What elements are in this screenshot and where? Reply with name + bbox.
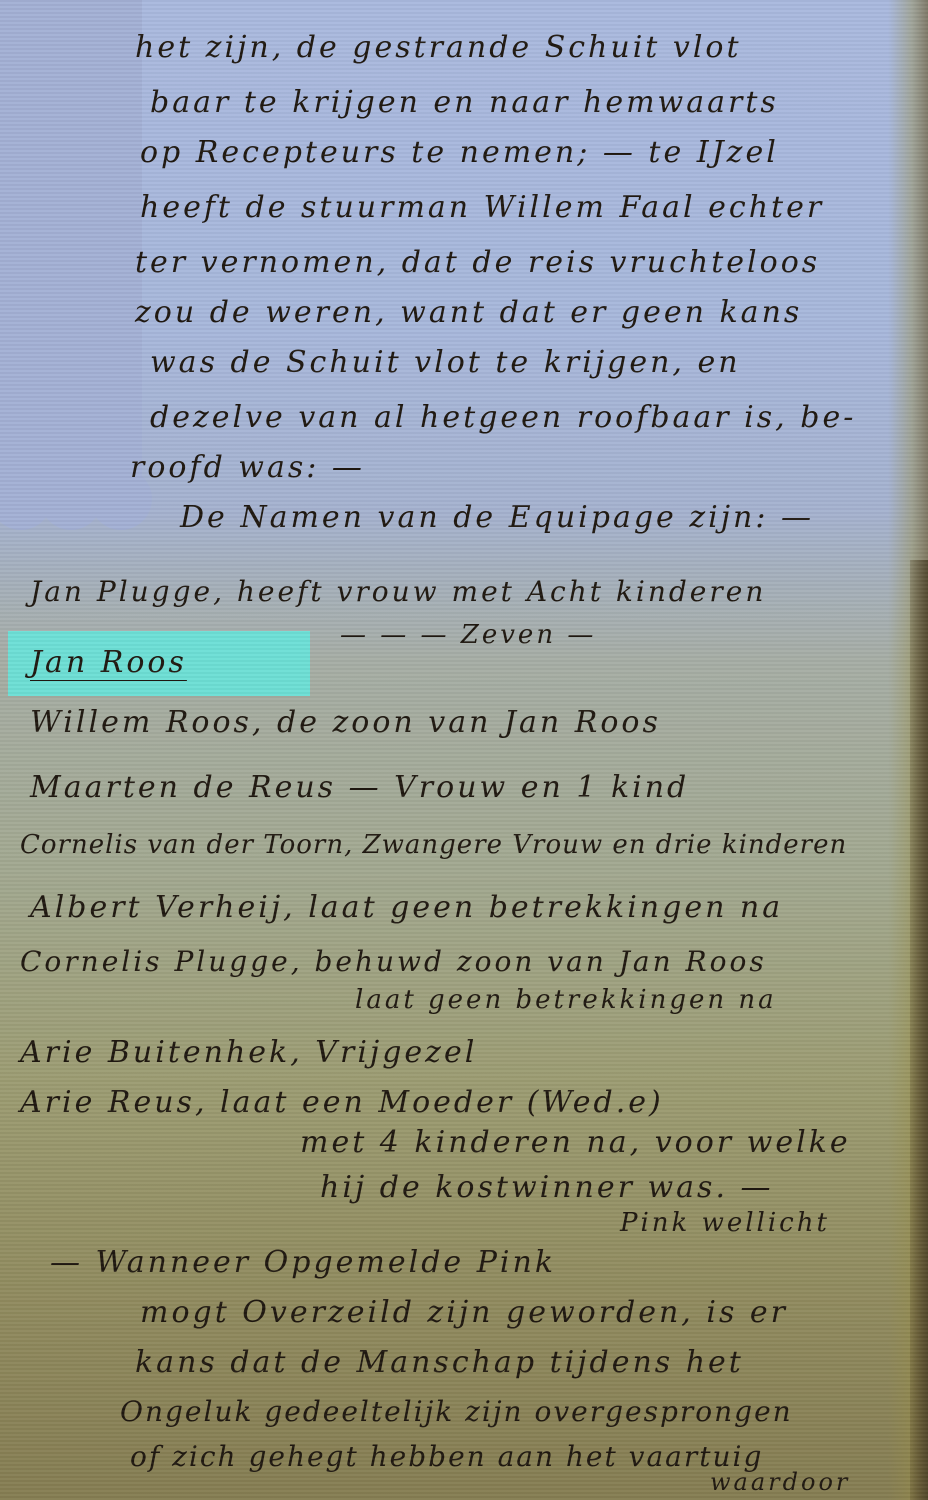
crew-heading: De Namen van de Equipage zijn: — bbox=[180, 500, 814, 535]
manuscript-page: het zijn, de gestrande Schuit vlot baar … bbox=[0, 0, 928, 1500]
text-line: Ongeluk gedeeltelijk zijn overgesprongen bbox=[120, 1395, 793, 1428]
text-line: of zich gehegt hebben aan het vaartuig bbox=[130, 1440, 763, 1473]
crew-entry: Arie Buitenhek, Vrijgezel bbox=[20, 1035, 477, 1070]
crew-name-highlighted[interactable]: Jan Roos bbox=[30, 645, 187, 680]
catchword: waardoor bbox=[710, 1468, 850, 1496]
crew-entry: Albert Verheij, laat geen betrekkingen n… bbox=[30, 890, 783, 925]
text-line: baar te krijgen en naar hemwaarts bbox=[150, 85, 779, 120]
text-line: mogt Overzeild zijn geworden, is er bbox=[140, 1295, 788, 1330]
text-line: — Wanneer Opgemelde Pink bbox=[50, 1245, 556, 1280]
crew-entry: Cornelis Plugge, behuwd zoon van Jan Roo… bbox=[20, 945, 767, 978]
text-line: Pink wellicht bbox=[620, 1208, 830, 1238]
crew-entry: Willem Roos, de zoon van Jan Roos bbox=[30, 705, 661, 740]
text-line: kans dat de Manschap tijdens het bbox=[135, 1345, 744, 1380]
text-line: het zijn, de gestrande Schuit vlot bbox=[135, 30, 742, 65]
text-line: dezelve van al hetgeen roofbaar is, be- bbox=[150, 400, 856, 435]
text-line: was de Schuit vlot te krijgen, en bbox=[150, 345, 741, 380]
text-line: op Recepteurs te nemen; — te IJzel bbox=[140, 135, 779, 170]
crew-entry: Arie Reus, laat een Moeder (Wed.e) bbox=[20, 1085, 664, 1120]
page-fold-shadow bbox=[910, 560, 928, 1500]
text-line: zou de weren, want dat er geen kans bbox=[135, 295, 802, 330]
text-line: heeft de stuurman Willem Faal echter bbox=[140, 190, 824, 225]
crew-entry-note: laat geen betrekkingen na bbox=[355, 985, 777, 1015]
crew-entry: Maarten de Reus — Vrouw en 1 kind bbox=[30, 770, 689, 805]
text-line: roofd was: — bbox=[130, 450, 365, 485]
crew-entry-note: met 4 kinderen na, voor welke bbox=[300, 1125, 851, 1160]
crew-entry-note: — — — Zeven — bbox=[340, 620, 596, 650]
crew-entry-note: hij de kostwinner was. — bbox=[320, 1170, 774, 1205]
text-line: ter vernomen, dat de reis vruchteloos bbox=[135, 245, 820, 280]
torn-paper-overlay bbox=[0, 0, 142, 500]
crew-entry: Jan Plugge, heeft vrouw met Acht kindere… bbox=[30, 575, 766, 608]
crew-entry: Cornelis van der Toorn, Zwangere Vrouw e… bbox=[20, 830, 847, 860]
